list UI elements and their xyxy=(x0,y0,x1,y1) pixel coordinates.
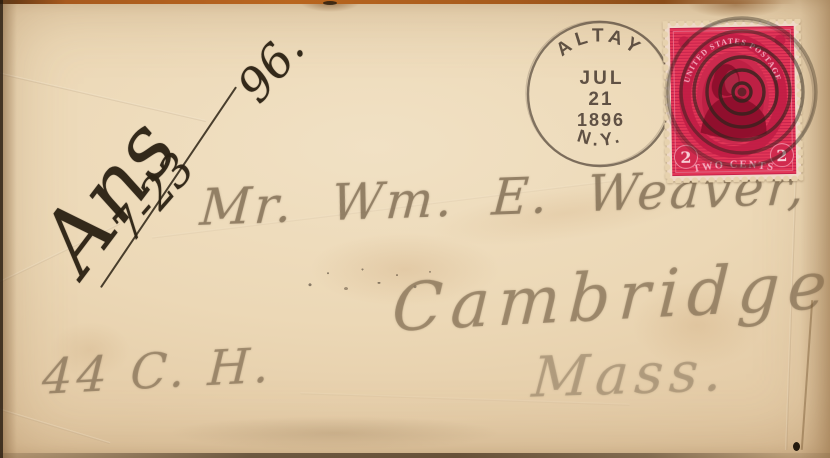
dark-speck xyxy=(323,1,337,5)
scan-edge-left-shadow xyxy=(3,0,17,458)
scan-edge-bottom xyxy=(0,453,830,458)
cancel-center-dot xyxy=(738,88,747,97)
scan-edge-top xyxy=(0,0,830,4)
stain xyxy=(170,416,500,450)
address-state: Mass. xyxy=(530,338,730,410)
envelope-scan: Mr. Wm. E. Weaver, Cambridge Mass. 44 C.… xyxy=(0,0,830,458)
dark-speck xyxy=(793,442,800,451)
postmark-month: JUL xyxy=(580,68,625,89)
postmark-day: 21 xyxy=(588,89,613,110)
